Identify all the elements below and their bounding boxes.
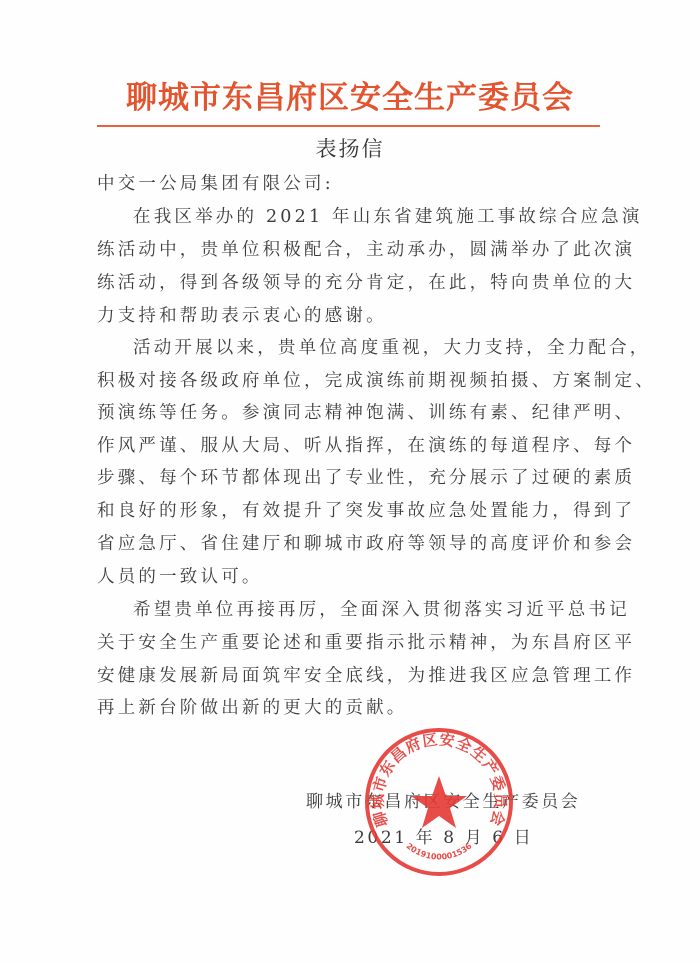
body-line: 安健康发展新局面筑牢安全底线，为推进我区应急管理工作 bbox=[97, 664, 607, 688]
salutation: 中交一公局集团有限公司: bbox=[97, 172, 607, 196]
body-line: 练活动，得到各级领导的充分肯定，在此，特向贵单位的大 bbox=[97, 271, 607, 295]
star-icon bbox=[411, 776, 467, 828]
official-seal-stamp: 聊城市东昌府区安全生产委员会 2019100001536 bbox=[363, 726, 515, 878]
body-line: 作风严谨、服从大局、听从指挥，在演练的每道程序、每个 bbox=[97, 434, 607, 458]
body-line: 再上新台阶做出新的更大的贡献。 bbox=[97, 696, 607, 720]
body-line: 和良好的形象，有效提升了突发事故应急处置能力，得到了 bbox=[97, 499, 607, 523]
body-line: 省应急厅、省住建厅和聊城市政府等领导的高度评价和参会 bbox=[97, 532, 607, 556]
stamp-number: 2019100001536 bbox=[404, 841, 473, 861]
body-line: 关于安全生产重要论述和重要指示批示精神，为东昌府区平 bbox=[97, 631, 607, 655]
body-line: 希望贵单位再接再厉，全面深入贯彻落实习近平总书记 bbox=[133, 598, 643, 622]
body-line: 练活动中，贵单位积极配合，主动承办，圆满举办了此次演 bbox=[97, 238, 607, 262]
body-line: 在我区举办的 2021 年山东省建筑施工事故综合应急演 bbox=[133, 205, 643, 229]
body-line: 活动开展以来，贵单位高度重视，大力支持，全力配合， bbox=[133, 336, 643, 360]
letterhead-title: 聊城市东昌府区安全生产委员会 bbox=[95, 78, 605, 118]
letterhead-rule bbox=[97, 125, 600, 127]
body-line: 预演练等任务。参演同志精神饱满、训练有素、纪律严明、 bbox=[97, 401, 607, 425]
body-line: 步骤、每个环节都体现出了专业性，充分展示了过硬的素质 bbox=[97, 466, 607, 490]
body-line: 人员的一致认可。 bbox=[97, 565, 607, 589]
svg-text:2019100001536: 2019100001536 bbox=[404, 841, 473, 861]
body-line: 力支持和帮助表示衷心的感谢。 bbox=[97, 304, 607, 328]
letter-title: 表扬信 bbox=[0, 134, 700, 164]
document-page: 聊城市东昌府区安全生产委员会 表扬信 中交一公局集团有限公司: 在我区举办的 2… bbox=[0, 0, 700, 962]
body-line: 积极对接各级政府单位，完成演练前期视频拍摄、方案制定、 bbox=[97, 369, 607, 393]
